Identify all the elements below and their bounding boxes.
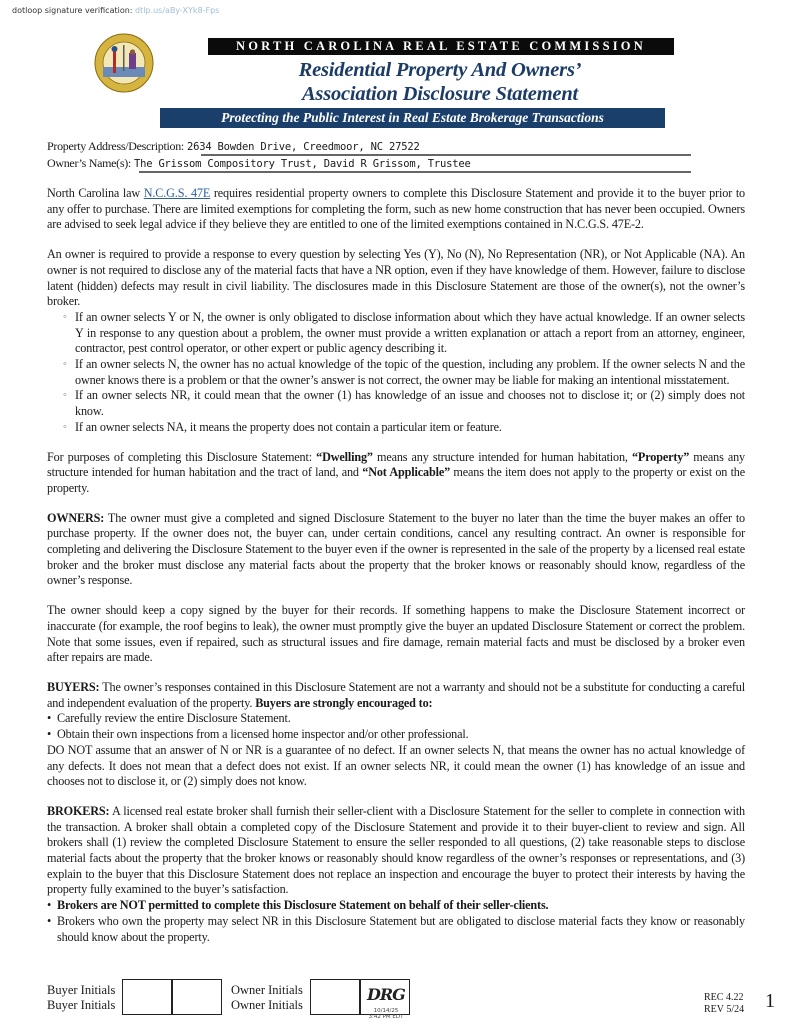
buyer-initials-box-2[interactable] [172, 979, 222, 1015]
brokers-list: Brokers are NOT permitted to complete th… [47, 898, 745, 945]
nc-state-seal-icon [85, 33, 163, 93]
owners-heading: OWNERS: [47, 511, 104, 525]
owner-initials-labels: Owner Initials Owner Initials [231, 983, 303, 1013]
owner-name-underline [139, 171, 691, 173]
commission-banner: NORTH CAROLINA REAL ESTATE COMMISSION [208, 38, 674, 55]
list-item: Brokers are NOT permitted to complete th… [47, 898, 745, 914]
ncgs-47e-link[interactable]: N.C.G.S. 47E [144, 186, 210, 200]
document-title-line-2: Association Disclosure Statement [230, 83, 650, 106]
list-item: If an owner selects NR, it could mean th… [63, 388, 745, 419]
buyers-list: Carefully review the entire Disclosure S… [47, 711, 745, 742]
buyer-initials-box-1[interactable] [122, 979, 172, 1015]
owner-name-label: Owner’s Name(s): [47, 156, 131, 170]
property-address-field[interactable]: 2634 Bowden Drive, Creedmoor, NC 27522 [187, 141, 420, 153]
verification-link[interactable]: dtlp.us/aBy-XYk8-Fps [135, 6, 219, 15]
buyers-closing-paragraph: DO NOT assume that an answer of N or NR … [47, 743, 745, 790]
property-address-label: Property Address/Description: [47, 139, 184, 153]
owner-name-field[interactable]: The Grissom Compository Trust, David R G… [134, 158, 471, 170]
buyers-heading: BUYERS: [47, 680, 99, 694]
page-number: 1 [765, 990, 775, 1013]
list-item: If an owner selects N, the owner has no … [63, 357, 745, 388]
brokers-heading: BROKERS: [47, 804, 109, 818]
definitions-paragraph: For purposes of completing this Disclosu… [47, 450, 745, 497]
responses-paragraph: An owner is required to provide a respon… [47, 247, 745, 310]
tagline-banner: Protecting the Public Interest in Real E… [160, 108, 665, 128]
signature-timestamp: 10/14/25 3:42 PM EDT [364, 1008, 408, 1020]
form-revision: REC 4.22 REV 5/24 [704, 992, 744, 1016]
list-item: If an owner selects Y or N, the owner is… [63, 310, 745, 357]
responses-list: If an owner selects Y or N, the owner is… [63, 310, 745, 436]
property-address-row: Property Address/Description: 2634 Bowde… [47, 139, 420, 154]
owners-copy-paragraph: The owner should keep a copy signed by t… [47, 603, 745, 666]
verification-label: dotloop signature verification: [12, 6, 133, 15]
list-item: Obtain their own inspections from a lice… [47, 727, 745, 743]
buyer-initials-labels: Buyer Initials Buyer Initials [47, 983, 115, 1013]
list-item: Carefully review the entire Disclosure S… [47, 711, 745, 727]
owner-initials-box-1[interactable] [310, 979, 360, 1015]
brokers-paragraph: BROKERS: A licensed real estate broker s… [47, 804, 745, 898]
owner-name-row: Owner’s Name(s): The Grissom Compository… [47, 156, 471, 171]
owners-paragraph: OWNERS: The owner must give a completed … [47, 511, 745, 590]
document-title-line-1: Residential Property And Owners’ [230, 59, 650, 82]
intro-paragraph: North Carolina law N.C.G.S. 47E requires… [47, 186, 745, 233]
signature-verification: dotloop signature verification: dtlp.us/… [12, 6, 219, 15]
owner-initials-signature: DRG [367, 985, 405, 1004]
list-item: Brokers who own the property may select … [47, 914, 745, 945]
buyers-paragraph: BUYERS: The owner’s responses contained … [47, 680, 745, 711]
disclosure-body: North Carolina law N.C.G.S. 47E requires… [47, 186, 745, 945]
list-item: If an owner selects NA, it means the pro… [63, 420, 745, 436]
